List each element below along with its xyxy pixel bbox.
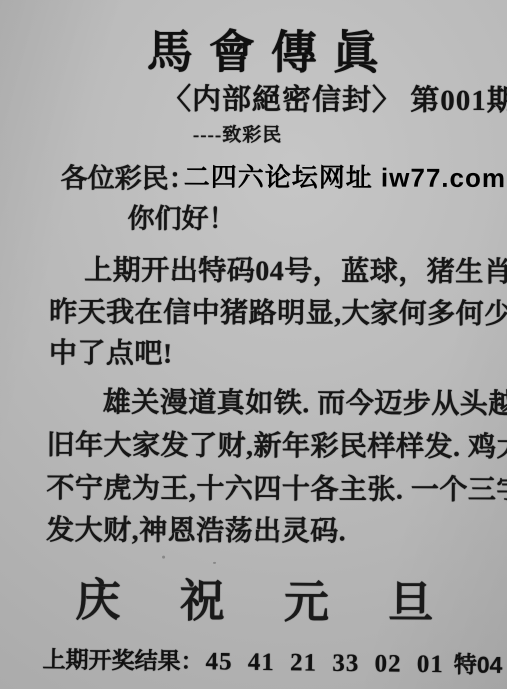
- salutation: 各位彩民：: [61, 156, 196, 196]
- paragraph2-line3: 不宁虎为王,十六四十各主张. 一个三字: [46, 466, 507, 508]
- greeting-line: 你们好！: [127, 196, 235, 235]
- page-subtitle: 〈内部絕密信封〉 第001期: [162, 77, 507, 120]
- last-draw-label: 上期开奖结果：: [42, 646, 203, 674]
- paragraph2-line2: 旧年大家发了财,新年彩民样样发. 鸡犬: [46, 423, 507, 465]
- page-title: 馬會傳眞: [17, 15, 507, 83]
- fax-photo: 馬會傳眞 〈内部絕密信封〉 第001期 ----致彩民 各位彩民： 二四六论坛网…: [0, 0, 507, 689]
- last-draw-special: 特04: [454, 651, 503, 678]
- last-draw-numbers: 45 41 21 33 02 01: [205, 648, 444, 678]
- paragraph1-line1: 上期开出特码04号，蓝球，猪生肖。: [84, 248, 507, 290]
- dust-speck: [162, 556, 165, 559]
- slogan-banner: 庆 祝 元 旦: [13, 563, 507, 632]
- paragraph2-line4: 发大财,神恩浩荡出灵码.: [46, 508, 346, 549]
- paragraph1-line2: 昨天我在信中猪路明显,大家何多何少: [49, 290, 507, 332]
- paragraph2-line1: 雄关漫道真如铁. 而今迈步从头越.: [103, 380, 507, 422]
- last-draw-results: 上期开奖结果：45 41 21 33 02 01特04: [42, 641, 502, 680]
- forum-watermark: 二四六论坛网址 iw77.com: [184, 157, 506, 195]
- fax-sheet: 馬會傳眞 〈内部絕密信封〉 第001期 ----致彩民 各位彩民： 二四六论坛网…: [0, 0, 507, 689]
- dust-speck: [213, 562, 216, 564]
- dedication-line: ----致彩民: [193, 120, 282, 147]
- paragraph1-line3: 中了点吧!: [49, 331, 173, 372]
